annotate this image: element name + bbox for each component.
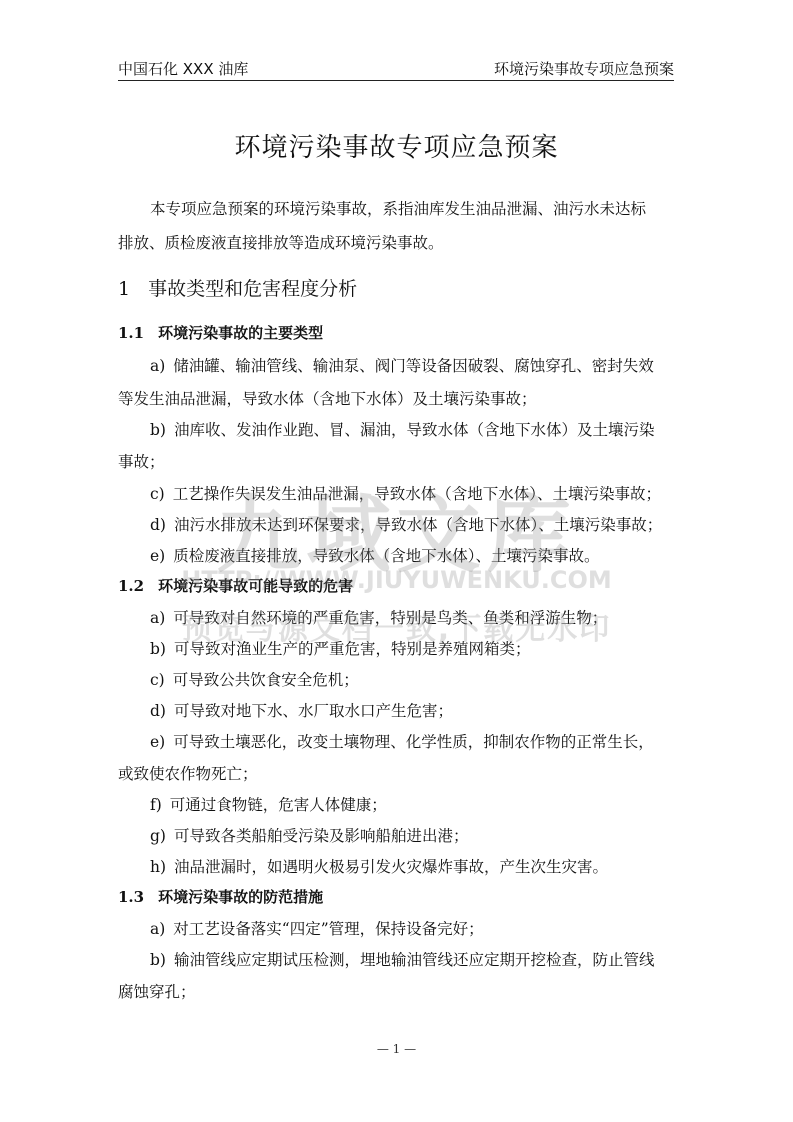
list-item: d)油污水排放未达到环保要求，导致水体（含地下水体）、土壤污染事故； — [150, 513, 710, 535]
section-1-2-heading: 1.2环境污染事故可能导致的危害 — [118, 575, 678, 596]
page-header: 中国石化 XXX 油库 环境污染事故专项应急预案 — [118, 56, 674, 81]
list-item: g)可导致各类船舶受污染及影响船舶进出港； — [150, 824, 710, 846]
list-item: b)可导致对渔业生产的严重危害，特别是养殖网箱类； — [150, 637, 710, 659]
list-item-continuation: 事故； — [118, 450, 678, 472]
section-number: 1 — [118, 278, 130, 300]
list-item: a)对工艺设备落实“四定”管理，保持设备完好； — [150, 917, 710, 939]
section-number: 1.1 — [118, 324, 144, 342]
list-item-continuation: 腐蚀穿孔； — [118, 980, 678, 1002]
section-number: 1.3 — [118, 888, 144, 906]
list-item: f)可通过食物链，危害人体健康； — [150, 793, 710, 815]
list-item: c)工艺操作失误发生油品泄漏，导致水体（含地下水体）、土壤污染事故； — [150, 482, 710, 504]
section-1-3-heading: 1.3环境污染事故的防范措施 — [118, 886, 678, 907]
list-item-continuation: 等发生油品泄漏，导致水体（含地下水体）及土壤污染事故； — [118, 387, 678, 409]
list-item: b)输油管线应定期试压检测，埋地输油管线还应定期开挖检查，防止管线 — [150, 948, 710, 970]
section-title: 环境污染事故的防范措施 — [158, 888, 323, 906]
document-title: 环境污染事故专项应急预案 — [0, 127, 793, 164]
header-organization: 中国石化 XXX 油库 — [118, 58, 248, 79]
list-item: d)可导致对地下水、水厂取水口产生危害； — [150, 699, 710, 721]
list-item: b)油库收、发油作业跑、冒、漏油，导致水体（含地下水体）及土壤污染 — [150, 418, 710, 440]
list-item: h)油品泄漏时，如遇明火极易引发火灾爆炸事故，产生次生灾害。 — [150, 855, 710, 877]
section-number: 1.2 — [118, 577, 144, 595]
page-number: — 1 — — [0, 1042, 793, 1056]
list-item-continuation: 或致使农作物死亡； — [118, 762, 678, 784]
section-title: 环境污染事故可能导致的危害 — [158, 577, 353, 595]
list-item: e)可导致土壤恶化，改变土壤物理、化学性质，抑制农作物的正常生长， — [150, 730, 710, 752]
list-item: a)可导致对自然环境的严重危害，特别是鸟类、鱼类和浮游生物； — [150, 606, 710, 628]
list-item: e)质检废液直接排放，导致水体（含地下水体）、土壤污染事故。 — [150, 544, 710, 566]
section-1-1-heading: 1.1环境污染事故的主要类型 — [118, 322, 678, 343]
list-item: c)可导致公共饮食安全危机； — [150, 668, 710, 690]
header-document-title: 环境污染事故专项应急预案 — [494, 58, 674, 79]
section-title: 事故类型和危害程度分析 — [148, 278, 357, 300]
intro-paragraph-line: 排放、质检废液直接排放等造成环境污染事故。 — [118, 231, 678, 253]
section-1-heading: 1事故类型和危害程度分析 — [118, 274, 678, 301]
list-item: a)储油罐、输油管线、输油泵、阀门等设备因破裂、腐蚀穿孔、密封失效 — [150, 354, 710, 376]
intro-paragraph-line: 本专项应急预案的环境污染事故，系指油库发生油品泄漏、油污水未达标 — [150, 197, 710, 219]
section-title: 环境污染事故的主要类型 — [158, 324, 323, 342]
